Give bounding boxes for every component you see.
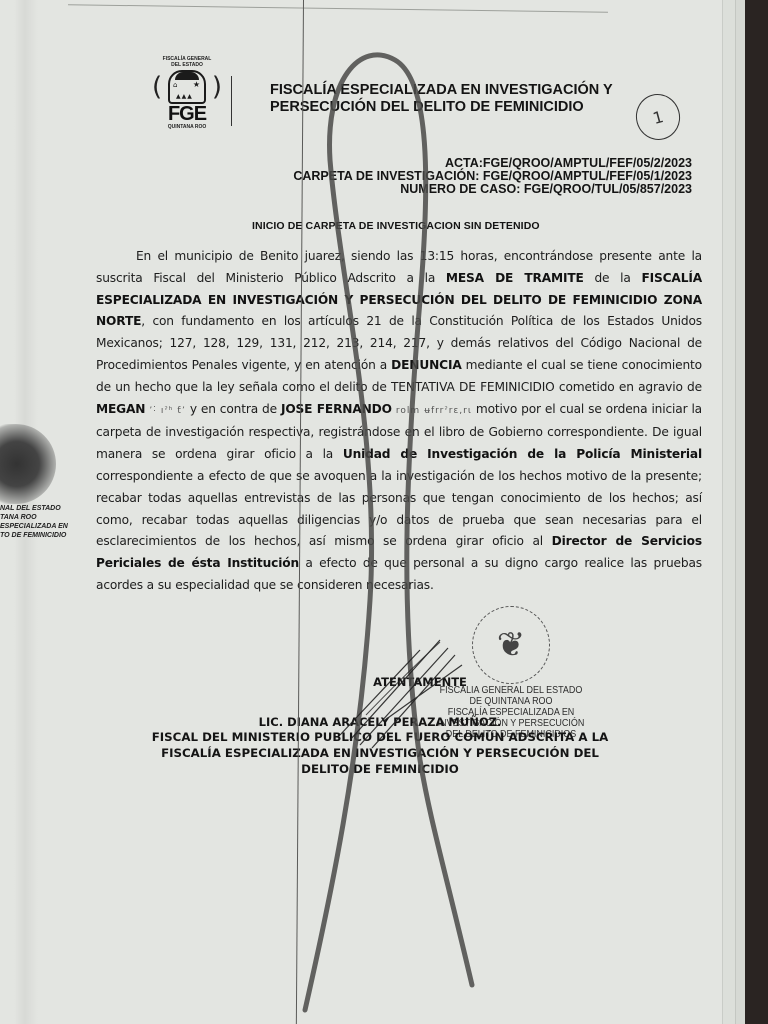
body-bold-unidad: Unidad de Investigación de la Policía Mi… — [343, 447, 702, 461]
body-bold-denuncia: DENUNCIA — [391, 358, 461, 372]
header-title: FISCALÍA ESPECIALIZADA EN INVESTIGACIÓN … — [270, 82, 690, 116]
redacted-surname-2: rolm ʉfrrˀrɛ,rɩ — [396, 406, 472, 416]
closing-text: ATENTAMENTE — [220, 675, 620, 689]
logo-bottom-text: QUINTANA ROO — [146, 124, 228, 130]
national-seal-stamp: ❦ — [472, 606, 550, 684]
reference-block: ACTA:FGE/QROO/AMPTUL/FEF/05/2/2023 CARPE… — [222, 157, 692, 196]
accused-name: JOSE FERNANDO — [281, 402, 392, 416]
body-paragraph: En el municipio de Benito juarez, siendo… — [96, 246, 702, 597]
fge-logo: FISCALÍA GENERAL DEL ESTADO ( ) ⌂ ★ ▲▲▲ … — [146, 56, 228, 132]
eagle-emblem-icon: ❦ — [497, 625, 526, 665]
signatory-role-1: FISCAL DEL MINISTERIO PUBLICO DEL FUERO … — [140, 729, 620, 745]
body-bold-mesa: MESA DE TRAMITE — [446, 271, 584, 285]
signatory-role-2: FISCALÍA ESPECIALIZADA EN INVESTIGACIÓN … — [140, 745, 620, 761]
signature-block: ATENTAMENTE LIC. DIANA ARACELY PERAZA MU… — [140, 675, 620, 777]
shield-icon: ⌂ ★ ▲▲▲ — [168, 70, 206, 104]
caso-reference: NUMERO DE CASO: FGE/QROO/TUL/05/857/2023 — [222, 183, 692, 196]
header-title-line-1: FISCALÍA ESPECIALIZADA EN INVESTIGACIÓN … — [270, 82, 690, 99]
left-stamp-line-4: TO DE FEMINICIDIO — [0, 531, 90, 540]
sun-icon — [175, 72, 199, 80]
body-text-i: y en contra de — [186, 402, 281, 416]
left-stamp-line-2: TANA ROO — [0, 513, 90, 522]
victim-name: MEGAN — [96, 402, 145, 416]
signatory-name: LIC. DIANA ARACELY PERAZA MUÑOZ. — [140, 715, 620, 729]
logo-acronym: FGE — [146, 104, 228, 124]
left-margin-stamp: NAL DEL ESTADO TANA ROO ESPECIALIZADA EN… — [0, 420, 90, 560]
left-stamp-line-1: NAL DEL ESTADO — [0, 504, 90, 513]
top-edge-line — [68, 4, 608, 13]
body-text-c: de la — [584, 271, 642, 285]
header-title-line-2: PERSECUCIÓN DEL DELITO DE FEMINICIDIO — [270, 99, 690, 116]
logo-divider — [231, 76, 232, 126]
logo-top-text-2: DEL ESTADO — [146, 62, 228, 68]
star-icon: ★ — [193, 81, 200, 89]
section-title: INICIO DE CARPETA DE INVESTIGACION SIN D… — [252, 220, 540, 232]
left-stamp-text: NAL DEL ESTADO TANA ROO ESPECIALIZADA EN… — [0, 504, 90, 540]
signatory-role-3: DELITO DE FEMINICIDIO — [140, 761, 620, 777]
pyramids-icon: ▲▲▲ — [176, 94, 193, 100]
seal-icon — [0, 424, 56, 504]
left-stamp-line-3: ESPECIALIZADA EN — [0, 522, 90, 531]
laurel-left-icon: ( — [152, 74, 162, 100]
redacted-surname-1: ʼ˸ ıˀʰ ƭʼ — [149, 406, 185, 416]
laurel-right-icon: ) — [212, 74, 222, 100]
document-page: FISCALÍA GENERAL DEL ESTADO ( ) ⌂ ★ ▲▲▲ … — [0, 0, 723, 1024]
hieroglyph-icon: ⌂ — [173, 82, 177, 89]
